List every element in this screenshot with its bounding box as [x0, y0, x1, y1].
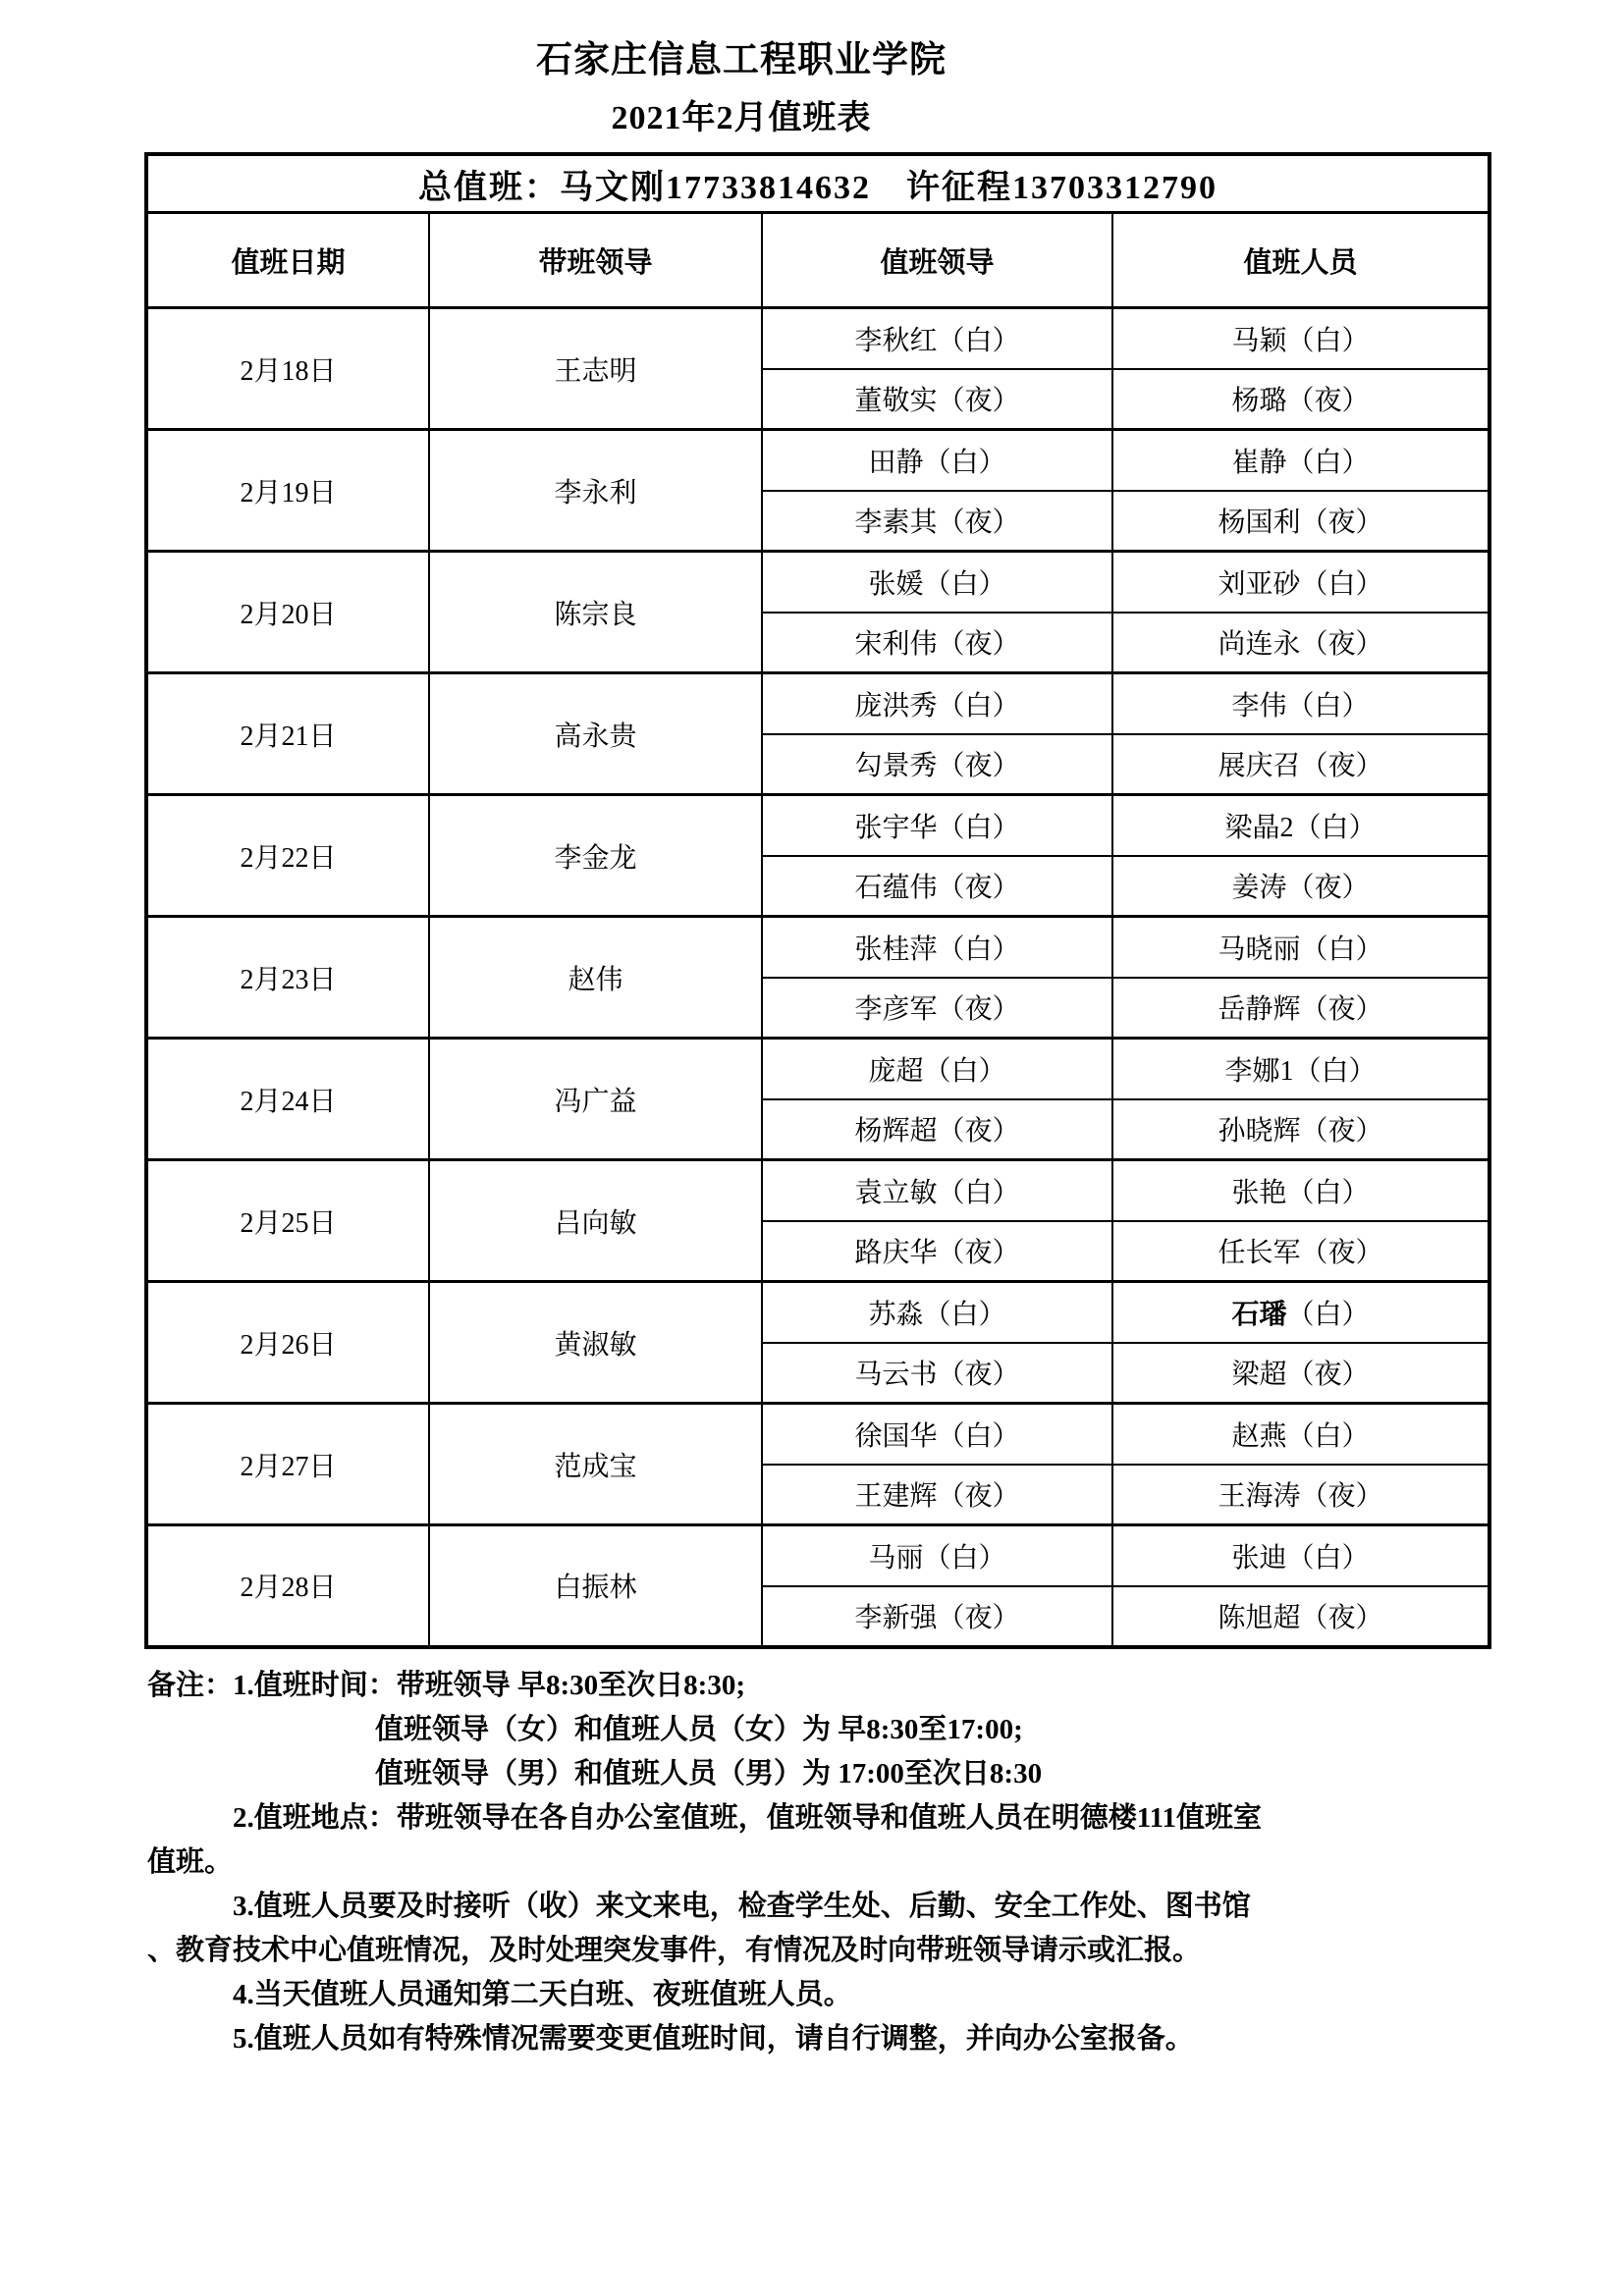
person-name: 马晓丽 [1218, 934, 1300, 965]
duty-date-cell: 2月25日 [146, 1160, 429, 1282]
person-name: 马颖 [1231, 326, 1286, 356]
person-name: 杨璐 [1231, 386, 1286, 416]
shift-label: （白） [1301, 569, 1383, 600]
duty-leader-night-cell: 李彦军（夜） [762, 978, 1112, 1039]
duty-staff-night-cell: 姜涛（夜） [1112, 856, 1489, 917]
shift-label: （白） [1287, 448, 1370, 478]
shift-label: （夜） [938, 994, 1020, 1025]
person-name: 张桂萍 [854, 934, 937, 965]
lead-leader-cell: 冯广益 [429, 1039, 762, 1160]
person-name: 张媛 [868, 569, 923, 600]
person-name: 李娜1 [1224, 1056, 1293, 1087]
person-name: 李新强 [854, 1603, 937, 1633]
duty-leader-night-cell: 路庆华（夜） [762, 1221, 1112, 1282]
person-name: 尚连永 [1218, 629, 1300, 660]
duty-date-cell: 2月28日 [146, 1525, 429, 1647]
person-name: 苏淼 [868, 1300, 923, 1330]
heading-block: 石家庄信息工程职业学院 2021年2月值班表 [0, 29, 1483, 138]
note-line: 值班领导（女）和值班人员（女）为 早8:30至17:00; [147, 1708, 1522, 1752]
note-line: 值班领导（男）和值班人员（男）为 17:00至次日8:30 [147, 1752, 1522, 1796]
shift-label: （夜） [938, 507, 1020, 538]
person-name: 李秋红 [854, 326, 937, 356]
shift-label: （白） [1301, 934, 1383, 965]
table-row-day: 2月27日 范成宝 徐国华（白） 赵燕（白） [146, 1404, 1489, 1465]
lead-leader-cell: 李永利 [429, 430, 762, 552]
person-name: 董敬实 [854, 386, 937, 416]
duty-leader-night-cell: 勾景秀（夜） [762, 734, 1112, 795]
person-name: 李彦军 [854, 994, 937, 1025]
shift-label: （夜） [1301, 751, 1383, 781]
lead-leader-cell: 高永贵 [429, 673, 762, 795]
shift-label: （夜） [1301, 629, 1383, 660]
person-name: 任长军 [1218, 1238, 1300, 1268]
duty-leader-night-cell: 石蕴伟（夜） [762, 856, 1112, 917]
shift-label: （白） [1287, 691, 1370, 721]
duty-roster-table: 总值班：马文刚17733814632 许征程13703312790 值班日期 带… [144, 152, 1491, 1649]
person-name: 梁晶2 [1224, 813, 1293, 843]
lead-leader-cell: 王志明 [429, 308, 762, 430]
duty-staff-night-cell: 杨璐（夜） [1112, 369, 1489, 430]
duty-leader-night-cell: 马云书（夜） [762, 1343, 1112, 1404]
note-line: 4.当天值班人员通知第二天白班、夜班值班人员。 [147, 1973, 1522, 2017]
person-name: 张艳 [1231, 1178, 1286, 1208]
column-header-row: 值班日期 带班领导 值班领导 值班人员 [146, 213, 1489, 308]
table-row-day: 2月21日 高永贵 庞洪秀（白） 李伟（白） [146, 673, 1489, 734]
duty-leader-day-cell: 田静（白） [762, 430, 1112, 491]
person-name: 姜涛 [1231, 873, 1286, 903]
duty-date-cell: 2月18日 [146, 308, 429, 430]
shift-label: （夜） [938, 629, 1020, 660]
duty-staff-night-cell: 王海涛（夜） [1112, 1465, 1489, 1525]
shift-label: （夜） [1301, 1238, 1383, 1268]
shift-label: （白） [924, 1056, 1006, 1087]
person-name: 梁超 [1231, 1360, 1286, 1390]
shift-label: （白） [924, 448, 1006, 478]
note-line: 备注：1.值班时间：带班领导 早8:30至次日8:30; [147, 1664, 1522, 1708]
shift-label: （白） [1287, 1421, 1370, 1452]
shift-label: （夜） [938, 386, 1020, 416]
note-line: 值班。 [147, 1841, 1522, 1885]
shift-label: （白） [938, 1178, 1020, 1208]
person-name: 勾景秀 [854, 751, 937, 781]
duty-leader-day-cell: 庞超（白） [762, 1039, 1112, 1099]
duty-staff-day-cell: 梁晶2（白） [1112, 795, 1489, 856]
table-row-day: 2月24日 冯广益 庞超（白） 李娜1（白） [146, 1039, 1489, 1099]
note-line: 3.值班人员要及时接听（收）来文来电，检查学生处、后勤、安全工作处、图书馆 [147, 1885, 1522, 1929]
person-name: 陈旭超 [1218, 1603, 1300, 1633]
duty-staff-night-cell: 岳静辉（夜） [1112, 978, 1489, 1039]
duty-staff-day-cell: 石璠（白） [1112, 1282, 1489, 1343]
person-name: 石璠 [1231, 1300, 1286, 1330]
shift-label: （白） [938, 1421, 1020, 1452]
duty-staff-night-cell: 梁超（夜） [1112, 1343, 1489, 1404]
person-name: 杨国利 [1218, 507, 1300, 538]
duty-leader-day-cell: 张宇华（白） [762, 795, 1112, 856]
lead-leader-cell: 李金龙 [429, 795, 762, 917]
shift-label: （夜） [938, 1360, 1020, 1390]
shift-label: （白） [938, 691, 1020, 721]
duty-staff-day-cell: 张艳（白） [1112, 1160, 1489, 1221]
person-name: 庞洪秀 [854, 691, 937, 721]
person-name: 杨辉超 [854, 1116, 937, 1147]
duty-staff-day-cell: 崔静（白） [1112, 430, 1489, 491]
person-name: 崔静 [1231, 448, 1286, 478]
duty-staff-day-cell: 刘亚砂（白） [1112, 552, 1489, 613]
page-subtitle: 2021年2月值班表 [0, 90, 1483, 138]
person-name: 宋利伟 [854, 629, 937, 660]
duty-leader-day-cell: 张媛（白） [762, 552, 1112, 613]
duty-leader-day-cell: 李秋红（白） [762, 308, 1112, 369]
duty-date-cell: 2月27日 [146, 1404, 429, 1525]
duty-leader-night-cell: 王建辉（夜） [762, 1465, 1112, 1525]
duty-date-cell: 2月21日 [146, 673, 429, 795]
table-row-day: 2月26日 黄淑敏 苏淼（白） 石璠（白） [146, 1282, 1489, 1343]
shift-label: （白） [924, 569, 1006, 600]
lead-leader-cell: 白振林 [429, 1525, 762, 1647]
table-row-day: 2月23日 赵伟 张桂萍（白） 马晓丽（白） [146, 917, 1489, 978]
duty-leader-day-cell: 庞洪秀（白） [762, 673, 1112, 734]
note-line: 2.值班地点：带班领导在各自办公室值班，值班领导和值班人员在明德楼111值班室 [147, 1796, 1522, 1841]
person-name: 张迪 [1231, 1543, 1286, 1574]
shift-label: （白） [1294, 1056, 1377, 1087]
shift-label: （夜） [1301, 507, 1383, 538]
person-name: 石蕴伟 [854, 873, 937, 903]
duty-leader-night-cell: 李素其（夜） [762, 491, 1112, 552]
notes-section: 备注：1.值班时间：带班领导 早8:30至次日8:30; 值班领导（女）和值班人… [147, 1664, 1522, 2061]
person-name: 赵燕 [1231, 1421, 1286, 1452]
note-line: 、教育技术中心值班情况，及时处理突发事件，有情况及时向带班领导请示或汇报。 [147, 1929, 1522, 1973]
duty-staff-night-cell: 孙晓辉（夜） [1112, 1099, 1489, 1160]
table-row-day: 2月19日 李永利 田静（白） 崔静（白） [146, 430, 1489, 491]
duty-date-cell: 2月20日 [146, 552, 429, 673]
person-name: 张宇华 [854, 813, 937, 843]
shift-label: （白） [938, 813, 1020, 843]
duty-leader-day-cell: 袁立敏（白） [762, 1160, 1112, 1221]
column-header-lead-leader: 带班领导 [429, 213, 762, 308]
duty-staff-day-cell: 张迪（白） [1112, 1525, 1489, 1586]
duty-staff-day-cell: 李伟（白） [1112, 673, 1489, 734]
person-name: 袁立敏 [854, 1178, 937, 1208]
shift-label: （白） [924, 1543, 1006, 1574]
duty-staff-night-cell: 陈旭超（夜） [1112, 1586, 1489, 1647]
shift-label: （白） [924, 1300, 1006, 1330]
shift-label: （白） [1294, 813, 1377, 843]
duty-staff-night-cell: 任长军（夜） [1112, 1221, 1489, 1282]
note-line: 5.值班人员如有特殊情况需要变更值班时间，请自行调整，并向办公室报备。 [147, 2017, 1522, 2061]
shift-label: （白） [1287, 1178, 1370, 1208]
column-header-duty-leader: 值班领导 [762, 213, 1112, 308]
person-name: 李素其 [854, 507, 937, 538]
table-row-day: 2月25日 吕向敏 袁立敏（白） 张艳（白） [146, 1160, 1489, 1221]
duty-leader-day-cell: 马丽（白） [762, 1525, 1112, 1586]
table-row-day: 2月22日 李金龙 张宇华（白） 梁晶2（白） [146, 795, 1489, 856]
shift-label: （夜） [1301, 1116, 1383, 1147]
person-name: 展庆召 [1218, 751, 1300, 781]
duty-date-cell: 2月19日 [146, 430, 429, 552]
duty-date-cell: 2月22日 [146, 795, 429, 917]
duty-staff-day-cell: 赵燕（白） [1112, 1404, 1489, 1465]
duty-leader-night-cell: 李新强（夜） [762, 1586, 1112, 1647]
shift-label: （夜） [938, 751, 1020, 781]
person-name: 李伟 [1231, 691, 1286, 721]
shift-label: （白） [1287, 1300, 1370, 1330]
duty-staff-night-cell: 杨国利（夜） [1112, 491, 1489, 552]
lead-leader-cell: 黄淑敏 [429, 1282, 762, 1404]
duty-staff-day-cell: 马晓丽（白） [1112, 917, 1489, 978]
duty-date-cell: 2月26日 [146, 1282, 429, 1404]
shift-label: （夜） [938, 1238, 1020, 1268]
person-name: 刘亚砂 [1218, 569, 1300, 600]
general-duty-row: 总值班：马文刚17733814632 许征程13703312790 [146, 154, 1489, 213]
duty-leader-day-cell: 苏淼（白） [762, 1282, 1112, 1343]
duty-staff-night-cell: 展庆召（夜） [1112, 734, 1489, 795]
shift-label: （夜） [1287, 873, 1370, 903]
person-name: 田静 [868, 448, 923, 478]
duty-leader-day-cell: 徐国华（白） [762, 1404, 1112, 1465]
shift-label: （白） [1287, 1543, 1370, 1574]
column-header-date: 值班日期 [146, 213, 429, 308]
shift-label: （白） [1287, 326, 1370, 356]
duty-leader-night-cell: 宋利伟（夜） [762, 613, 1112, 673]
column-header-duty-staff: 值班人员 [1112, 213, 1489, 308]
person-name: 徐国华 [854, 1421, 937, 1452]
person-name: 王建辉 [854, 1481, 937, 1512]
shift-label: （夜） [938, 1116, 1020, 1147]
page-title: 石家庄信息工程职业学院 [0, 29, 1483, 82]
shift-label: （夜） [1301, 994, 1383, 1025]
duty-staff-day-cell: 马颖（白） [1112, 308, 1489, 369]
shift-label: （白） [938, 934, 1020, 965]
table-row-day: 2月18日 王志明 李秋红（白） 马颖（白） [146, 308, 1489, 369]
person-name: 王海涛 [1218, 1481, 1300, 1512]
person-name: 庞超 [868, 1056, 923, 1087]
duty-leader-day-cell: 张桂萍（白） [762, 917, 1112, 978]
duty-staff-night-cell: 尚连永（夜） [1112, 613, 1489, 673]
lead-leader-cell: 陈宗良 [429, 552, 762, 673]
person-name: 孙晓辉 [1218, 1116, 1300, 1147]
table-row-day: 2月20日 陈宗良 张媛（白） 刘亚砂（白） [146, 552, 1489, 613]
shift-label: （夜） [938, 1481, 1020, 1512]
person-name: 马云书 [854, 1360, 937, 1390]
lead-leader-cell: 吕向敏 [429, 1160, 762, 1282]
shift-label: （白） [938, 326, 1020, 356]
duty-leader-night-cell: 董敬实（夜） [762, 369, 1112, 430]
shift-label: （夜） [938, 873, 1020, 903]
shift-label: （夜） [938, 1603, 1020, 1633]
duty-leader-night-cell: 杨辉超（夜） [762, 1099, 1112, 1160]
lead-leader-cell: 赵伟 [429, 917, 762, 1039]
person-name: 马丽 [868, 1543, 923, 1574]
person-name: 岳静辉 [1218, 994, 1300, 1025]
shift-label: （夜） [1287, 386, 1370, 416]
table-row-day: 2月28日 白振林 马丽（白） 张迪（白） [146, 1525, 1489, 1586]
lead-leader-cell: 范成宝 [429, 1404, 762, 1525]
duty-date-cell: 2月24日 [146, 1039, 429, 1160]
person-name: 路庆华 [854, 1238, 937, 1268]
shift-label: （夜） [1287, 1360, 1370, 1390]
duty-staff-day-cell: 李娜1（白） [1112, 1039, 1489, 1099]
duty-date-cell: 2月23日 [146, 917, 429, 1039]
shift-label: （夜） [1301, 1603, 1383, 1633]
general-duty-cell: 总值班：马文刚17733814632 许征程13703312790 [146, 154, 1489, 213]
shift-label: （夜） [1301, 1481, 1383, 1512]
